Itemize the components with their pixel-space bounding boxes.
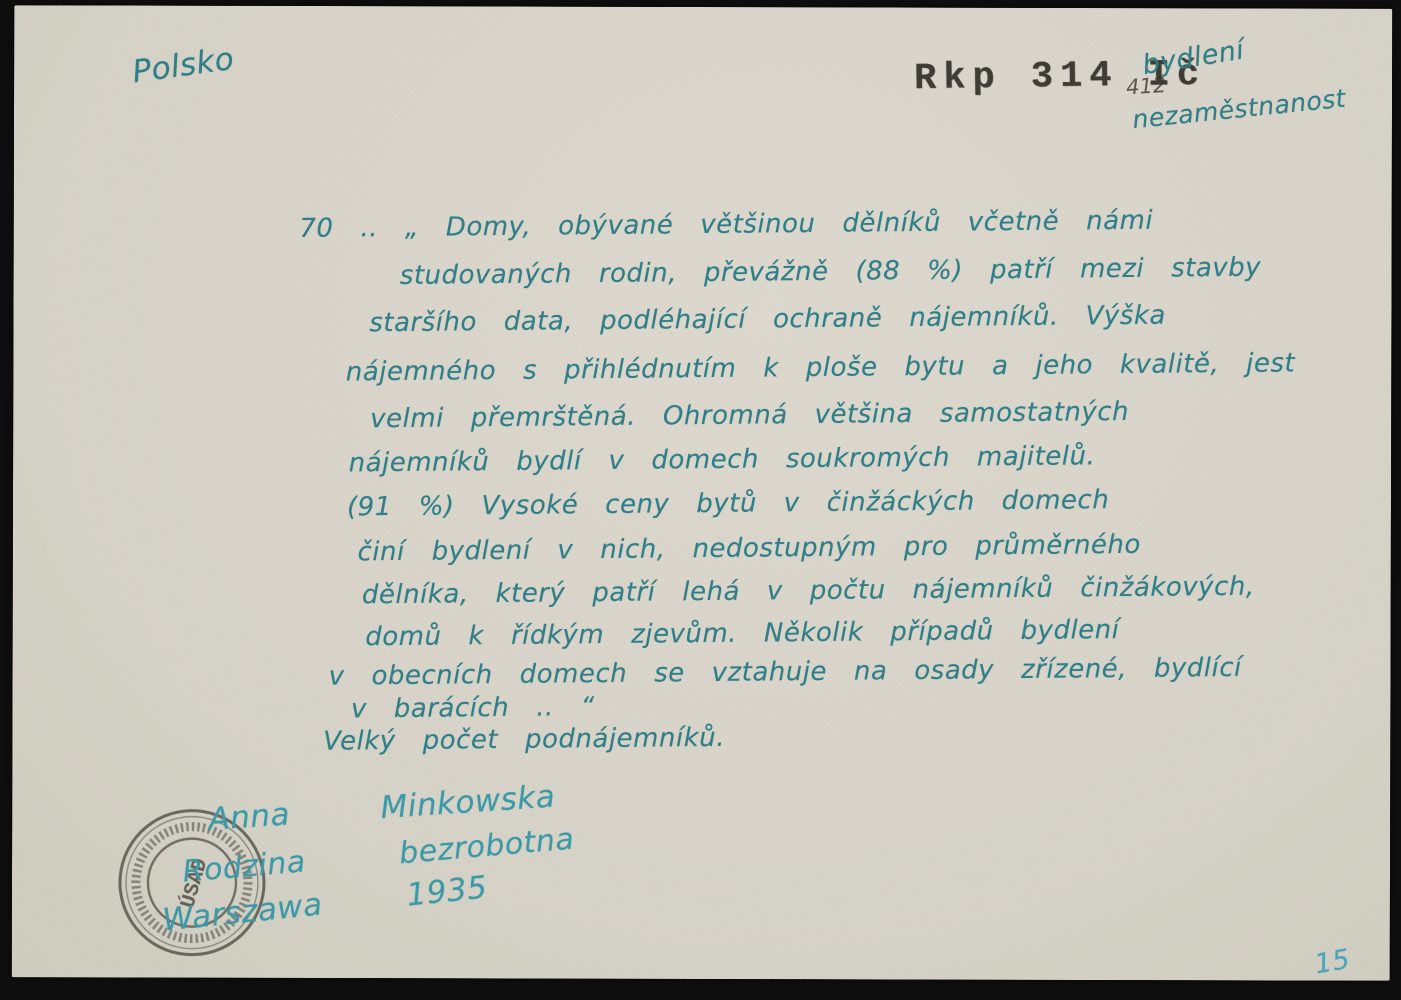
note-line: domů k řídkým zjevům. Několik případů by… xyxy=(365,615,1119,652)
note-line: dělníka, který patří lehá v počtu nájemn… xyxy=(362,572,1255,611)
attribution-block: Anna Minkowska Rodzina bezrobotna Warsza… xyxy=(14,5,1392,9)
note-line: Velký počet podnájemníků. xyxy=(323,723,725,757)
note-line: v barácích .. “ xyxy=(351,692,595,724)
note-line: (91 %) Vysoké ceny bytů v činžáckých dom… xyxy=(347,485,1109,522)
note-line: studovaných rodin, převážně (88 %) patří… xyxy=(400,253,1262,291)
document-paper: Polsko Rkp 314 Ič 412 bydlení nezaměstna… xyxy=(12,5,1393,981)
country-annotation: Polsko xyxy=(130,41,236,91)
note-text-block: 70 .. „ Domy, obývané většinou dělníků v… xyxy=(14,0,1392,13)
note-line: velmi přemrštěná. Ohromná většina samost… xyxy=(370,397,1129,434)
note-line: v obecních domech se vztahuje na osady z… xyxy=(329,653,1242,692)
note-line: nájemného s přihlédnutím k ploše bytu a … xyxy=(346,348,1296,387)
scan-background: Polsko Rkp 314 Ič 412 bydlení nezaměstna… xyxy=(0,0,1401,1000)
note-line: staršího data, podléhající ochraně nájem… xyxy=(369,301,1166,339)
page-number: 15 xyxy=(1312,944,1352,981)
note-line: činí bydlení v nich, nedostupným pro prů… xyxy=(357,530,1141,568)
note-line: 70 .. „ Domy, obývané většinou dělníků v… xyxy=(299,206,1153,244)
note-line: nájemníků bydlí v domech soukromých maji… xyxy=(348,441,1095,478)
